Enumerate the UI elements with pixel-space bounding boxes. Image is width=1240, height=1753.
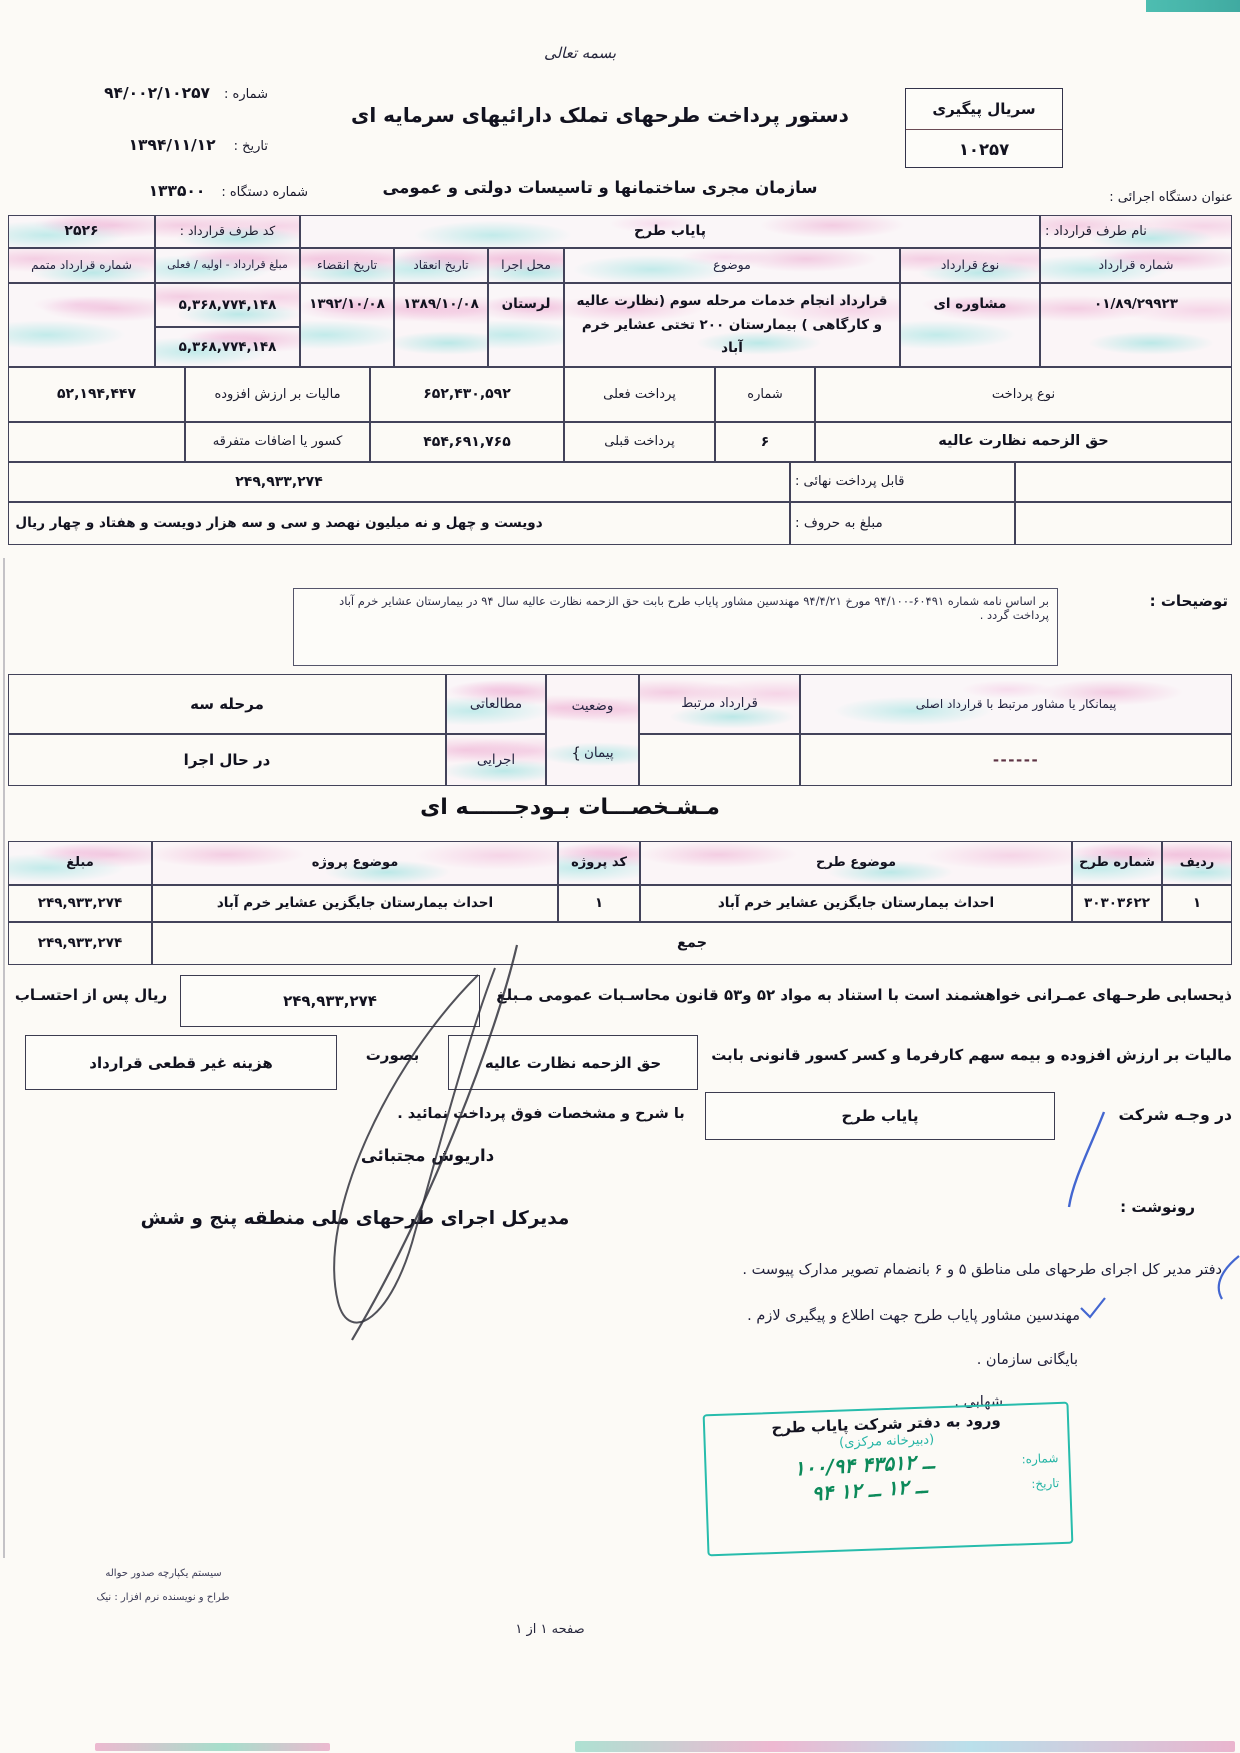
document-date-label: تاریخ : [234, 139, 268, 154]
final-payable-label: قابل پرداخت نهائی : [790, 462, 1015, 502]
scan-artifact-top-right [1146, 0, 1240, 12]
deduction-empty-cell [8, 422, 185, 462]
budget-col-plan-no: شماره طرح [1072, 841, 1162, 885]
order-line2-right: مالیات بر ارزش افزوده و بیمه سهم کارفرما… [700, 1046, 1232, 1064]
supplement-no-header: شماره قرارداد متمم [8, 248, 155, 283]
executing-organization: سازمان مجری ساختمانها و تاسیسات دولتی و … [300, 178, 900, 197]
tracking-serial-label: سریال پیگیری [906, 89, 1062, 130]
amount-in-words-value: دویست و چهل و نه میلیون نهصد و سی و سه ه… [8, 502, 790, 545]
cc-label: رونوشت : [1105, 1198, 1195, 1216]
company-entry-stamp: ورود به دفتر شرکت پایاب طرح (دبیرخانه مر… [703, 1402, 1074, 1557]
footer-system-line2: طراح و نویسنده نرم افزار : نیک [78, 1592, 248, 1603]
expiry-date-number: ۱۳۹۲/۱۰/۰۸ [309, 295, 385, 313]
budget-col-project-subject: موضوع پروژه [152, 841, 558, 885]
vat-number: ۵۲,۱۹۴,۴۴۷ [57, 385, 136, 404]
related-contractor-header: پیمانکار یا مشاور مرتبط با قرارداد اصلی [800, 674, 1232, 734]
sign-date-value: ۱۳۸۹/۱۰/۰۸ [394, 283, 488, 367]
contract-no-number: ۰۱/۸۹/۲۹۹۲۳ [1094, 295, 1178, 313]
status-line2: پیمان [584, 744, 614, 762]
scanned-payment-order-document: بسمه تعالی دستور پرداخت طرحهای تملک دارا… [0, 0, 1240, 1753]
order-amount-box: ۲۴۹,۹۳۳,۲۷۴ [180, 975, 480, 1027]
order-line2-mid: بصورت [345, 1046, 440, 1064]
party-code-label-cell: کد طرف قرارداد : [155, 215, 300, 248]
budget-row-amount: ۲۴۹,۹۳۳,۲۷۴ [8, 885, 152, 922]
contract-table: نام طرف قرارداد : پایاب طرح کد طرف قرارد… [8, 215, 1232, 545]
page-number: صفحه ۱ از ۱ [490, 1622, 610, 1637]
payment-no-value: ۶ [715, 422, 815, 462]
amount-initial-number: ۵,۳۶۸,۷۷۴,۱۴۸ [179, 296, 277, 314]
party-name-label-cell: نام طرف قرارداد : [1040, 215, 1232, 248]
related-contract-table: پیمانکار یا مشاور مرتبط با قرارداد اصلی … [8, 674, 1232, 786]
notes-text: بر اساس نامه شماره ۶۰۴۹۱-۹۴/۱۰۰ مورخ ۹۴/… [294, 589, 1057, 622]
current-payment-label: پرداخت فعلی [564, 367, 715, 422]
budget-col-row: ردیف [1162, 841, 1232, 885]
current-payment-value: ۶۵۲,۴۳۰,۵۹۲ [370, 367, 564, 422]
budget-project-code: ۱ [558, 885, 640, 922]
subject-value: قرارداد انجام خدمات مرحله سوم (نظارت عال… [564, 283, 900, 367]
budget-section-title: مـشـخصـــات بـودجــــــه ای [280, 795, 860, 820]
cc-item-1: دفتر مدیر کل اجرای طرحهای ملی مناطق ۵ و … [742, 1262, 1222, 1278]
subject-header: موضوع [564, 248, 900, 283]
budget-project-subject: احداث بیمارستان جایگزین عشایر خرم آباد [152, 885, 558, 922]
vat-label: مالیات بر ارزش افزوده [185, 367, 370, 422]
device-number-label: شماره دستگاه : [221, 185, 308, 200]
document-number-value: ۹۴/۰۰۲/۱۰۲۵۷ [104, 84, 210, 102]
budget-col-amount: مبلغ [8, 841, 152, 885]
amount-initial-value: ۵,۳۶۸,۷۷۴,۱۴۸ [155, 283, 300, 327]
stamp-number-label: شماره: [1021, 1451, 1058, 1466]
final-payable-value: ۲۴۹,۹۳۳,۲۷۴ [8, 462, 790, 502]
contract-no-value: ۰۱/۸۹/۲۹۹۲۳ [1040, 283, 1232, 367]
budget-sum-value: ۲۴۹,۹۳۳,۲۷۴ [8, 922, 152, 965]
location-value: لرستان [488, 283, 564, 367]
tracking-serial-box: سریال پیگیری ۱۰۲۵۷ [905, 88, 1063, 168]
payment-type-value: حق الزحمه نظارت عالیه [815, 422, 1232, 462]
final-payable-number: ۲۴۹,۹۳۳,۲۷۴ [235, 473, 323, 492]
previous-payment-number: ۴۵۴,۶۹۱,۷۶۵ [423, 433, 511, 452]
budget-sum-number: ۲۴۹,۹۳۳,۲۷۴ [38, 934, 122, 952]
contract-type-value: مشاوره ای [900, 283, 1040, 367]
related-contractor-value: ------ [800, 734, 1232, 786]
budget-plan-subject: احداث بیمارستان جایگزین عشایر خرم آباد [640, 885, 1072, 922]
document-number-label: شماره : [224, 87, 268, 102]
status-line1: وضعیت [572, 697, 614, 715]
blue-check-mark [1081, 1298, 1105, 1317]
order-company-box: پایاب طرح [705, 1092, 1055, 1140]
notes-label: توضیحات : [1128, 592, 1228, 610]
budget-col-project-code: کد پروژه [558, 841, 640, 885]
party-name-value-cell: پایاب طرح [300, 215, 1040, 248]
sign-date-number: ۱۳۸۹/۱۰/۰۸ [403, 295, 479, 313]
bismillah-text: بسمه تعالی [480, 44, 680, 62]
amount-in-words-label: مبلغ به حروف : [790, 502, 1015, 545]
payment-type-header: نوع پرداخت [815, 367, 1232, 422]
document-date-value: ۱۳۹۴/۱۱/۱۲ [129, 136, 216, 154]
notes-box: بر اساس نامه شماره ۶۰۴۹۱-۹۴/۱۰۰ مورخ ۹۴/… [293, 588, 1058, 666]
budget-col-plan-subject: موضوع طرح [640, 841, 1072, 885]
scan-artifact-left-edge [3, 558, 5, 1558]
status-line2-wrap: پیمان{ [571, 743, 613, 763]
amount-current-number: ۵,۳۶۸,۷۷۴,۱۴۸ [179, 338, 277, 356]
status-brace: { [571, 743, 581, 763]
study-label-cell: مطالعاتی [446, 674, 546, 734]
order-line1-left: ریال پس از احتسـاب [5, 986, 177, 1004]
order-fee-box: حق الزحمه نظارت عالیه [448, 1035, 698, 1090]
cc-item-2: مهندسین مشاور پایاب طرح جهت اطلاع و پیگی… [747, 1308, 1080, 1324]
order-amount-number: ۲۴۹,۹۳۳,۲۷۴ [283, 992, 377, 1010]
footer-system-line1: سیستم یکپارچه صدور حواله [86, 1568, 241, 1579]
device-number-value: ۱۳۳۵۰۰ [149, 182, 206, 200]
order-line1-right: ذیحسابی طرحـهای عمـرانی خواهشمند است با … [490, 986, 1232, 1004]
budget-plan-no-number: ۳۰۳۰۳۶۲۲ [1084, 894, 1150, 912]
vat-value: ۵۲,۱۹۴,۴۴۷ [8, 367, 185, 422]
budget-row-index: ۱ [1162, 885, 1232, 922]
stamp-date-label: تاریخ: [1031, 1476, 1059, 1491]
stage-value-cell: در حال اجرا [8, 734, 446, 786]
stage-label-cell: مرحله سه [8, 674, 446, 734]
supplement-no-empty-cell [8, 283, 155, 367]
budget-table: ردیف شماره طرح موضوع طرح کد پروژه موضوع … [8, 841, 1232, 965]
order-line3-right: در وجـه شرکت [1100, 1106, 1232, 1124]
order-line3-left: با شرح و مشخصات فوق پرداخت نمائید . [390, 1106, 692, 1122]
device-number-row: شماره دستگاه : ۱۳۳۵۰۰ [18, 182, 308, 200]
previous-payment-label: پرداخت قبلی [564, 422, 715, 462]
contract-no-header: شماره قرارداد [1040, 248, 1232, 283]
tracking-serial-value: ۱۰۲۵۷ [906, 130, 1062, 168]
sign-date-header: تاریخ انعقاد [394, 248, 488, 283]
expiry-date-header: تاریخ انقضاء [300, 248, 394, 283]
cc-item-3: بایگانی سازمان . [977, 1352, 1078, 1368]
document-title: دستور پرداخت طرحهای تملک دارائیهای سرمای… [300, 103, 900, 127]
words-right-empty-cell [1015, 502, 1232, 545]
signer-title: مدیرکل اجرای طرحهای ملی منطقه پنج و شش [90, 1208, 620, 1229]
deduction-label: کسور یا اضافات متفرقه [185, 422, 370, 462]
payment-no-header: شماره [715, 367, 815, 422]
related-contract-header: قرارداد مرتبط [639, 674, 800, 734]
related-contract-empty-cell [639, 734, 800, 786]
status-column-cell: وضعیت پیمان{ [546, 674, 639, 786]
budget-plan-no: ۳۰۳۰۳۶۲۲ [1072, 885, 1162, 922]
expiry-date-value: ۱۳۹۲/۱۰/۰۸ [300, 283, 394, 367]
party-code-value-cell: ۲۵۲۶ [8, 215, 155, 248]
amount-header: مبلغ قرارداد - اولیه / فعلی [155, 248, 300, 283]
scan-artifact-bottom-right [575, 1741, 1235, 1752]
blue-pen-mark [1069, 1112, 1104, 1207]
contract-type-header: نوع قرارداد [900, 248, 1040, 283]
amount-current-value: ۵,۳۶۸,۷۷۴,۱۴۸ [155, 327, 300, 367]
document-number-row: شماره : ۹۴/۰۰۲/۱۰۲۵۷ [18, 84, 268, 102]
current-payment-number: ۶۵۲,۴۳۰,۵۹۲ [423, 385, 511, 404]
signer-name: داریوش مجتبائی [330, 1146, 525, 1165]
budget-row-amount-number: ۲۴۹,۹۳۳,۲۷۴ [38, 894, 122, 912]
final-right-empty-cell [1015, 462, 1232, 502]
previous-payment-value: ۴۵۴,۶۹۱,۷۶۵ [370, 422, 564, 462]
scan-artifact-bottom-left [95, 1743, 330, 1751]
document-date-row: تاریخ : ۱۳۹۴/۱۱/۱۲ [18, 136, 268, 154]
order-expense-box: هزینه غیر قطعی قرارداد [25, 1035, 337, 1090]
budget-sum-label: جمع [152, 922, 1232, 965]
exec-device-title-label: عنوان دستگاه اجرائی : [1088, 190, 1233, 205]
location-header: محل اجرا [488, 248, 564, 283]
exec-label-cell: اجرایی [446, 734, 546, 786]
